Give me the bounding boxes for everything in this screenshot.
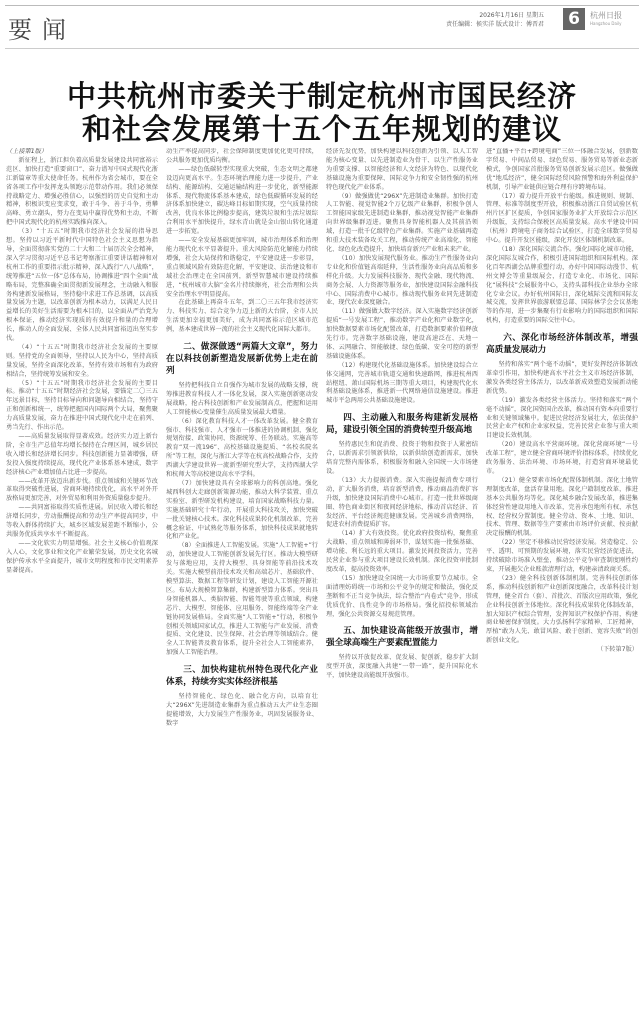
paragraph: 经济先发优势，加快构建以科技创新为引领、以人工智能为核心变量、以先进制造业为骨干… — [326, 148, 478, 193]
issue-meta: 2026年1月16日 星期五 责任编辑：候实洋 版式设计：傅晋君 — [446, 11, 544, 29]
paragraph: （12）构建现代化基础设施体系。加快建设综合立体交通网，完善城市轨道交通和快速路… — [326, 362, 478, 407]
column-2: 动生产率提高同步，社会保障制度更加优化更可持续，公共服务更加优质均衡。 ——绿色… — [166, 148, 318, 1020]
paragraph: （21）健全要素市场化配置体制机制。深化土地管理制度改革，盘活存量用地。深化户籍… — [486, 477, 638, 539]
header-top-rule — [5, 5, 639, 6]
section-heading-4: 四、主动融入和服务构建新发展格局，建设引领全国的消费转型升级高地 — [326, 412, 478, 436]
paragraph: （19）激发各类经营主体活力。坚持和落实“两个毫不动摇”，深化国资国企改革，推动… — [486, 397, 638, 442]
headline-line-2: 和社会发展第十五个五年规划的建议 — [0, 113, 644, 146]
paragraph: ——安全发展基础更加牢固，城市治理体系和治理能力现代化水平显著提升。重大风险防范… — [166, 237, 318, 299]
paragraph: （5）“十五五”时期我市经济社会发展的主要目标。推动“十五五”时期经济社会发展，… — [6, 380, 158, 433]
column-1: （上接第1版） 新征程上，浙江担负着高质量发展建设共同富裕示范区、加快打造“重要… — [6, 148, 158, 1020]
section-heading-3: 三、加快构建杭州特色现代化产业体系，持续夯实实体经济根基 — [166, 664, 318, 688]
header-bottom-rule — [5, 48, 639, 49]
page-number: 6 — [563, 8, 585, 30]
masthead-english: Hangzhou Daily — [590, 21, 622, 26]
paragraph: 坚持和落实“两个毫不动摇”，更好发挥经济体制改革牵引作用，加快构建高水平社会主义… — [486, 361, 638, 397]
paragraph: 坚持把科技自立自强作为城市发展的战略支撑，统筹推进教育科技人才一体化发展，深入实… — [166, 382, 318, 418]
paragraph: ——文化软实力明显增强。社会主义核心价值观深入人心，文化事业和文化产业繁荣发展，… — [6, 540, 158, 576]
paragraph: （14）扩大有效投资。优化政府投资结构，聚焦重大战略、重点领域和薄弱环节，谋划实… — [326, 530, 478, 575]
paragraph: 进“直播+平台+跨境电商”三位一体融合发展，创新数字贸易、中间品贸易、绿色贸易、… — [486, 148, 638, 193]
paragraph: （9）做强做优“296X”先进制造业集群。加快打造人工智能、视觉智能2个万亿级产… — [326, 193, 478, 255]
paragraph: 在此基础上再奋斗五年，到二〇三五年我市经济实力、科技实力、综合竞争力迈上新的大台… — [166, 299, 318, 335]
paragraph: （13）大力提振消费。深入实施提振消费专项行动，扩大服务消费，培育新型消费，推动… — [326, 477, 478, 530]
section-heading-2: 二、做深做透“两篇大文章”，努力在以科技创新塑造发展新优势上走在前列 — [166, 341, 318, 377]
paragraph: （18）深化国际交流合作。强化国际化城市功能，深化国际友城合作，积极引进国际组织… — [486, 246, 638, 326]
paragraph: （8）全面推进人工智能发展。实施“人工智能+”行动，加快建设人工智能创新发展先行… — [166, 542, 318, 658]
paragraph: 坚持以开放促改革、促发展、促创新，稳步扩大制度型开放，深度融入共建“一带一路”，… — [326, 654, 478, 681]
article-body: （上接第1版） 新征程上，浙江担负着高质量发展建设共同富裕示范区、加快打造“重要… — [6, 148, 638, 1020]
paragraph: （17）着力提升开放平台能级。推进规则、规制、管理、标准等制度型开放，积极推动浙… — [486, 193, 638, 246]
paragraph: （15）加快建设全国统一大市场重要节点城市。全面清理妨碍统一市场和公平竞争的规定… — [326, 575, 478, 620]
paragraph: （23）健全科技创新体制机制。完善科技创新体系，推动科技创新和产业创新深度融合，… — [486, 575, 638, 646]
column-4: 进“直播+平台+跨境电商”三位一体融合发展，创新数字贸易、中间品贸易、绿色贸易、… — [486, 148, 638, 1020]
section-name: 要闻 — [8, 10, 76, 45]
masthead-logo: 杭州日报 — [590, 10, 622, 21]
paragraph: 新征程上，浙江担负着高质量发展建设共同富裕示范区、加快打造“重要窗口”、奋力谱写… — [6, 157, 158, 228]
paragraph: ——共同富裕取得实质性进展。居民收入增长和经济增长同步，劳动报酬提高和劳动生产率… — [6, 504, 158, 540]
paragraph: （11）做强做大数字经济。深入实施数字经济创新提质“一号发展工程”，推动数字产业… — [326, 308, 478, 361]
headline-line-1: 中共杭州市委关于制定杭州市国民经济 — [0, 80, 644, 113]
paragraph: （4）“十五五”时期我市经济社会发展的主要原则。坚持党的全面领导，坚持以人民为中… — [6, 344, 158, 380]
continued-from: （上接第1版） — [6, 148, 158, 157]
issue-date: 2026年1月16日 星期五 — [446, 11, 544, 20]
paragraph: （22）坚定不移推动民营经济发展。营造稳定、公平、透明、可预期的发展环境，落实民… — [486, 539, 638, 575]
editor-credits: 责任编辑：候实洋 版式设计：傅晋君 — [446, 20, 544, 29]
paragraph: 动生产率提高同步，社会保障制度更加优化更可持续，公共服务更加优质均衡。 — [166, 148, 318, 166]
continued-to: （下转第7版） — [486, 646, 638, 655]
paragraph: 坚持智能化、绿色化、融合化方向，以培育壮大“296X”先进制造业集群为重点推动五… — [166, 693, 318, 729]
paragraph: （7）加快建设具有全球影响力的科创高地。强化城西科创大走廊创新策源功能，推动大科… — [166, 480, 318, 542]
section-heading-6: 六、深化市场经济体制改革，增强高质量发展动力 — [486, 332, 638, 356]
paragraph: 坚持惠民生和促消费、投资于物和投资于人紧密结合，以新需求引领新供给，以新供给创造… — [326, 441, 478, 477]
paragraph: （20）建设高水平营商环境。深化营商环境“一号改革工程”，建立健全营商环境评价指… — [486, 441, 638, 477]
paragraph: ——改革开放迈出新步伐。重点领域和关键环节改革取得突破性进展，营商环境持续优化，… — [6, 478, 158, 505]
paragraph: （10）加快发展现代服务业。推动生产性服务业向专业化和价值链高端延伸，生活性服务… — [326, 255, 478, 308]
paragraph: （3）“十五五”时期我市经济社会发展的指导思想。坚持以习近平新时代中国特色社会主… — [6, 228, 158, 344]
paragraph: ——绿色低碳转型实现重大突破，生态文明之都建设迈向更高水平。生态环境治理能力进一… — [166, 166, 318, 237]
paragraph: （6）深化教育科技人才一体改革发展。健全教育强市、科技强市、人才强市一体推进的协… — [166, 418, 318, 480]
section-heading-5: 五、加快建设高能级开放强市，增强全球高端生产要素配置能力 — [326, 625, 478, 649]
column-3: 经济先发优势，加快构建以科技创新为引领、以人工智能为核心变量、以先进制造业为骨干… — [326, 148, 478, 1020]
paragraph: ——高质量发展取得显著成效。经济实力迈上新台阶，全市生产总值年均增长保持在合理区… — [6, 433, 158, 478]
article-headline: 中共杭州市委关于制定杭州市国民经济 和社会发展第十五个五年规划的建议 — [0, 80, 644, 146]
